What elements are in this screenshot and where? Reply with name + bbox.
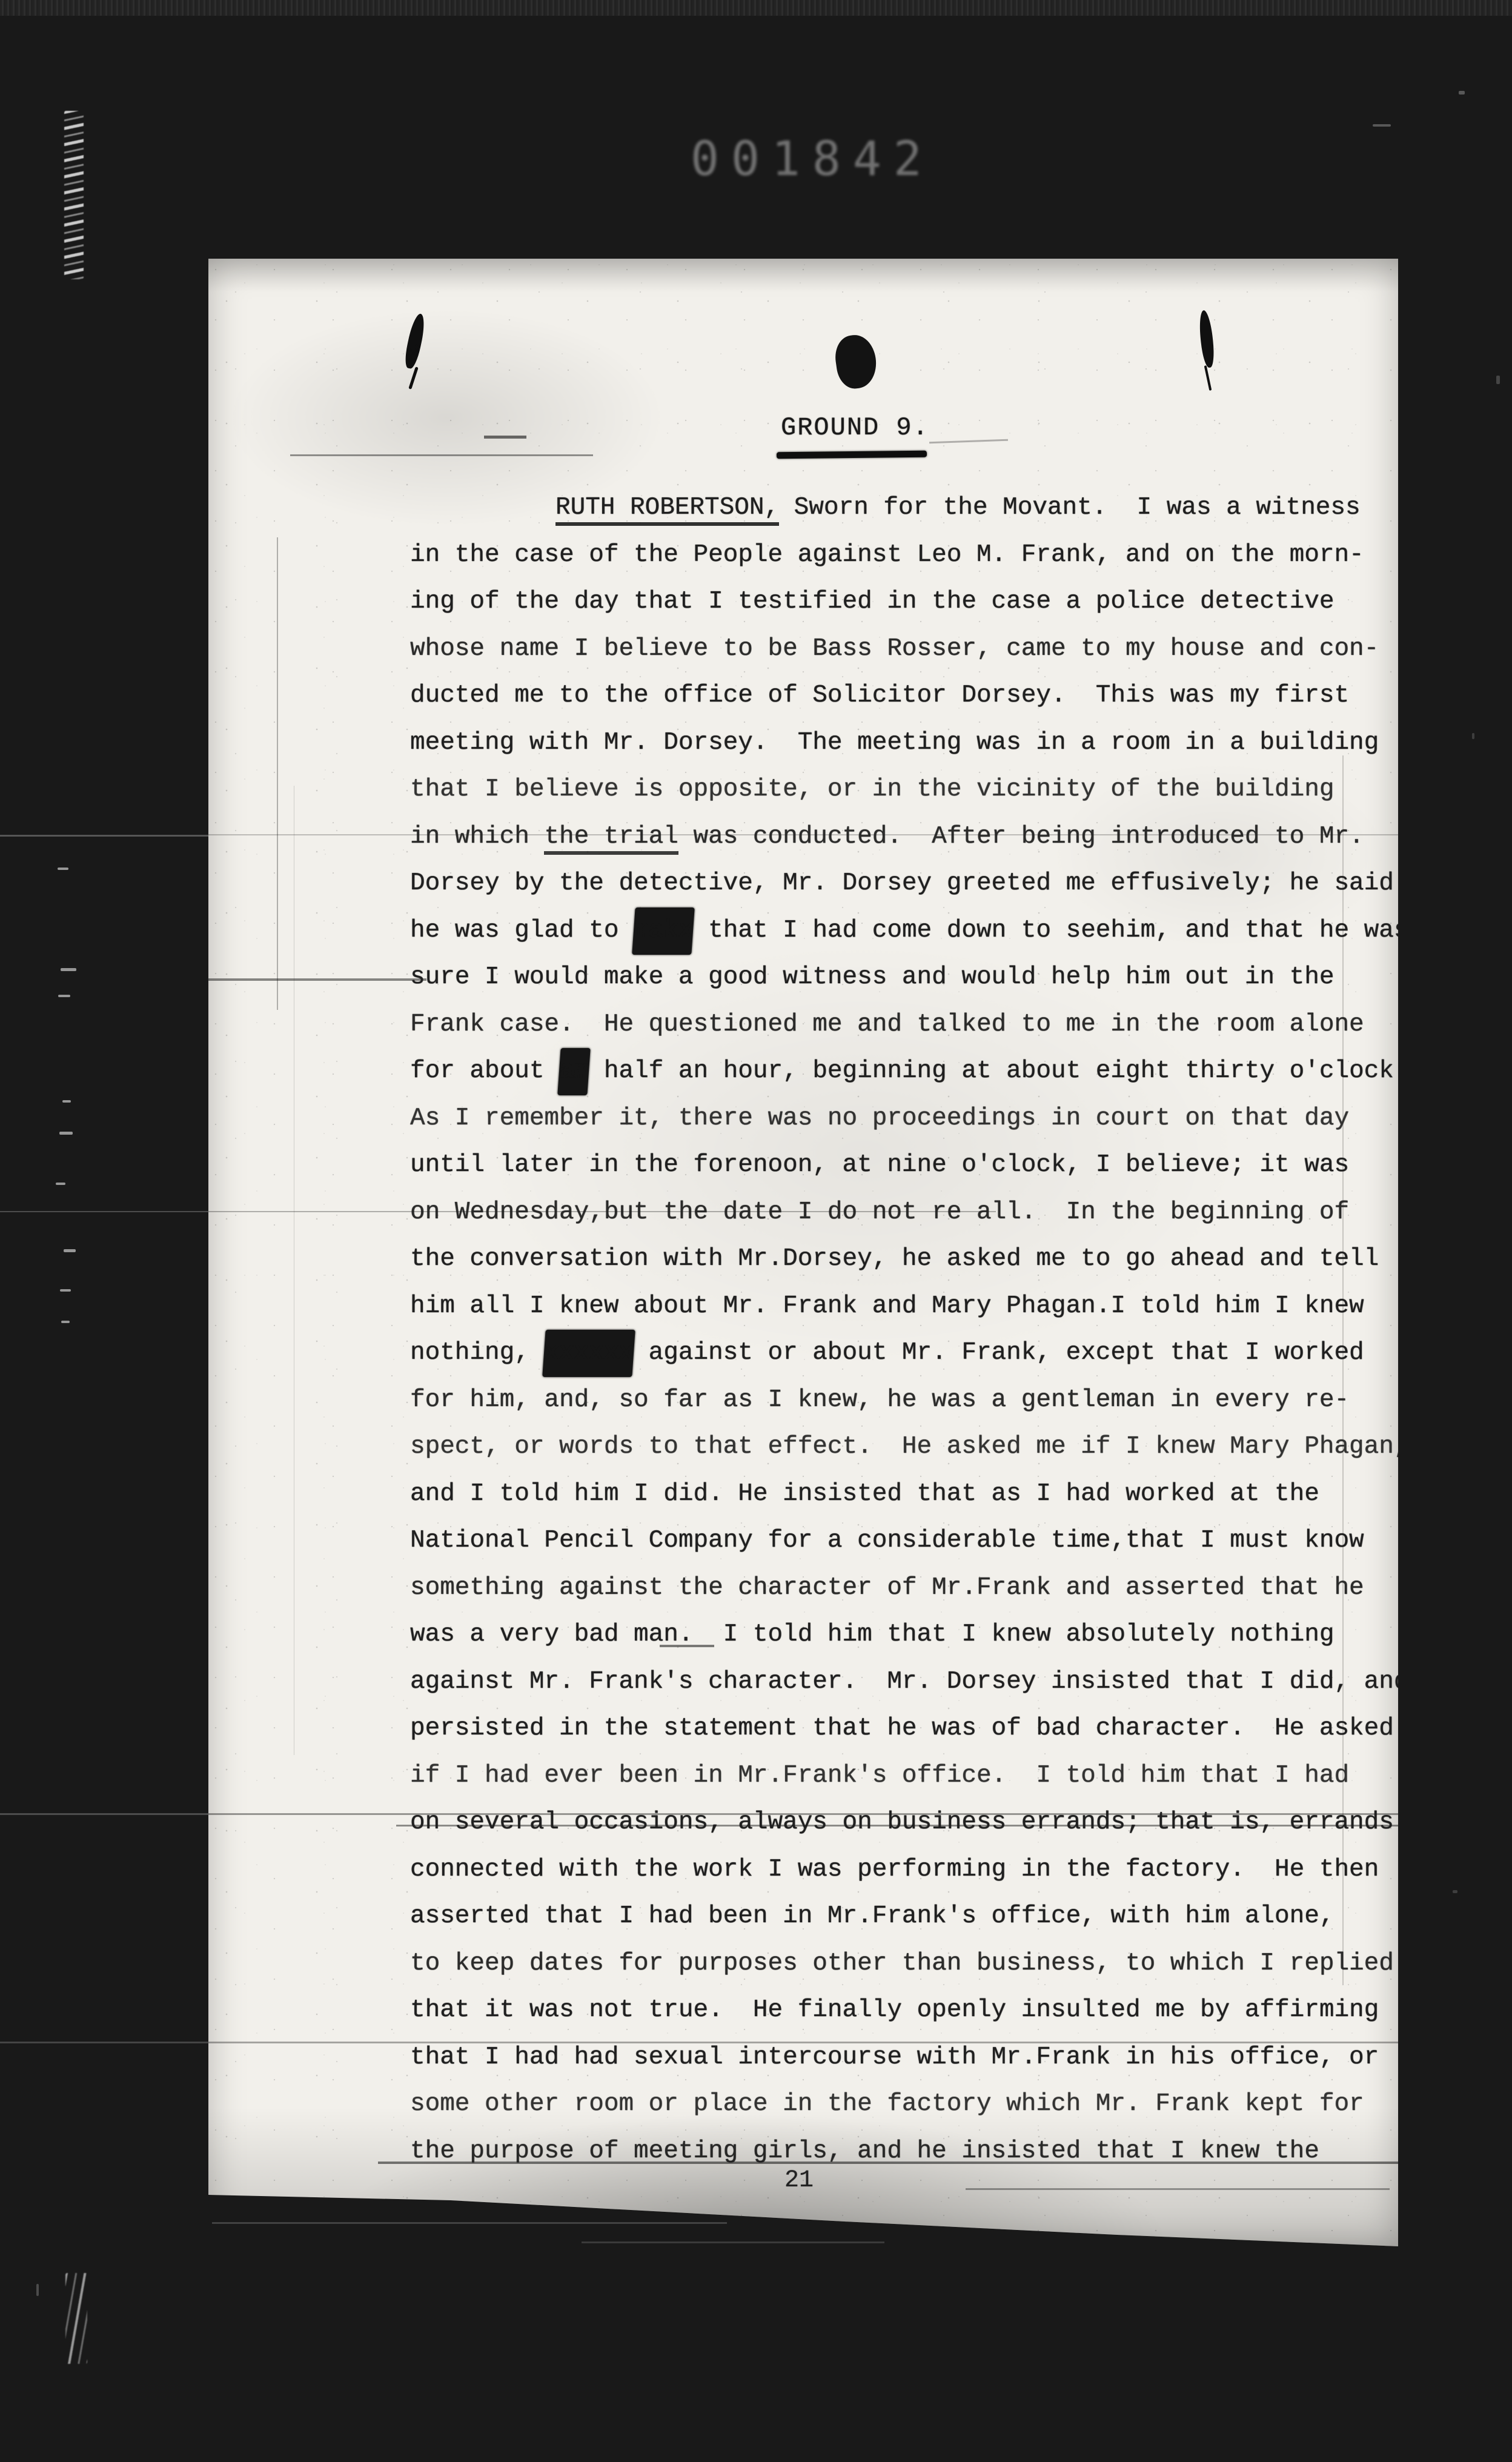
text-line: the conversation with Mr.Dorsey, he aske… [410,1236,1398,1283]
text-segment: nothing, [410,1339,544,1367]
margin-speck [59,1132,73,1135]
text-segment: the trial [544,823,678,855]
text-line: Frank case. He questioned me and talked … [410,1001,1398,1049]
bottom-left-text-remnant [65,2273,87,2364]
scanner-top-strip [0,0,1512,16]
text-segment: Sworn for the Movant. I was a witness [779,494,1361,522]
text-segment: that I believe is opposite, or in the vi… [410,775,1334,803]
text-line: for him, and, so far as I knew, he was a… [410,1377,1398,1424]
scanned-document-screen: { "meta": { "backdrop_color": "#191919",… [0,0,1512,2462]
document-lines: RUTH ROBERTSON, Sworn for the Movant. I … [208,485,1398,2175]
heading-right-streak [929,439,1008,444]
text-line: meeting with Mr. Dorsey. The meeting was… [410,720,1398,767]
text-segment: on several occasions, always on business… [410,1808,1394,1836]
text-segment: for him, and, so far as I knew, he was a… [410,1386,1349,1414]
text-line: he was glad to makx that I had come down… [410,907,1398,955]
text-segment: Dorsey by the detective, Mr. Dorsey gree… [410,869,1394,897]
margin-speck [1459,91,1465,95]
margin-speck [58,868,68,870]
text-segment: the conversation with Mr.Dorsey, he aske… [410,1245,1379,1273]
text-segment: meeting with Mr. Dorsey. The meeting was… [410,729,1379,757]
text-segment: against Mr. Frank's character. Mr. Dorse… [410,1668,1408,1696]
scan-line-artifact [290,454,593,456]
text-segment: whose name I believe to be Bass Rosser, … [410,635,1379,663]
heading-underline [777,451,927,459]
text-segment: in which [410,823,544,851]
text-segment: to keep dates for purposes other than bu… [410,1949,1394,1977]
text-line: against Mr. Frank's character. Mr. Dorse… [410,1659,1398,1706]
text-segment: if I had ever been in Mr.Frank's office.… [410,1762,1349,1790]
margin-speck [1496,376,1500,384]
text-segment: him all I knew about Mr. Frank and Mary … [410,1292,1364,1320]
text-segment: RUTH ROBERTSON, [555,494,779,526]
ink-blot-center [832,333,880,391]
text-segment: on Wednesday,but the date I do not re al… [410,1198,1349,1226]
text-line: was a very bad man. I told him that I kn… [410,1611,1398,1659]
margin-speck [60,1289,71,1292]
margin-speck [36,2284,39,2296]
text-segment: something against the character of Mr.Fr… [410,1574,1364,1602]
text-line: Dorsey by the detective, Mr. Dorsey gree… [410,860,1398,907]
scan-line-artifact [212,2222,727,2224]
text-line: ducted me to the office of Solicitor Dor… [410,672,1398,720]
margin-speck [61,1321,70,1323]
text-line: spect, or words to that effect. He asked… [410,1424,1398,1471]
text-line: if I had ever been in Mr.Frank's office.… [410,1753,1398,1800]
text-line: in which the trial was conducted. After … [410,814,1398,861]
text-line: that it was not true. He finally openly … [410,1987,1398,2034]
text-line: that I had had sexual intercourse with M… [410,2034,1398,2082]
margin-speck [61,968,76,971]
struck-out-word: makx [632,907,695,955]
text-line: sure I would make a good witness and wou… [410,954,1398,1001]
text-line: National Pencil Company for a considerab… [410,1518,1398,1565]
text-segment: that it was not true. He finally openly … [410,1996,1379,2024]
text-line: him all I knew about Mr. Frank and Mary … [410,1283,1398,1330]
text-line: some other room or place in the factory … [410,2081,1398,2128]
text-segment: ducted me to the office of Solicitor Dor… [410,682,1349,709]
text-line: on several occasions, always on business… [410,1799,1398,1846]
scan-line-artifact [0,1211,208,1212]
text-segment: As I remember it, there was no proceedin… [410,1104,1349,1132]
text-segment: against or about Mr. Frank, except that … [634,1339,1364,1367]
text-segment: he was glad to [410,917,634,944]
text-segment: connected with the work I was performing… [410,1856,1379,1883]
scan-line-artifact [227,2205,445,2207]
page-number: 21 [772,2167,826,2194]
text-line: connected with the work I was performing… [410,1846,1398,1894]
text-segment: until later in the forenoon, at nine o'c… [410,1151,1349,1179]
text-segment: in the case of the People against Leo M.… [410,541,1364,569]
text-line: to keep dates for purposes other than bu… [410,1940,1398,1988]
text-line: whose name I believe to be Bass Rosser, … [410,626,1398,673]
text-segment: and I told him I did. He insisted that a… [410,1480,1319,1508]
left-margin-text-remnant [64,111,84,279]
text-line: for about am half an hour, beginning at … [410,1048,1398,1095]
scan-line-artifact [582,2241,884,2243]
text-segment: ing of the day that I testified in the c… [410,588,1334,615]
text-line: As I remember it, there was no proceedin… [410,1095,1398,1143]
text-segment: was conducted. After being introduced to… [678,823,1364,851]
text-line: RUTH ROBERTSON, Sworn for the Movant. I … [410,485,1398,532]
text-line: asserted that I had been in Mr.Frank's o… [410,1893,1398,1940]
ink-mark-left [403,313,428,370]
margin-speck [1472,733,1474,739]
scan-line-artifact [0,1813,208,1815]
struck-out-word: am [557,1048,591,1095]
text-line: persisted in the statement that he was o… [410,1705,1398,1753]
text-line: and I told him I did. He insisted that a… [410,1471,1398,1518]
stamp-number: 001842 [691,132,934,187]
text-segment: half an hour, beginning at about eight t… [589,1057,1408,1085]
text-segment: Frank case. He questioned me and talked … [410,1010,1364,1038]
margin-speck [62,1100,71,1103]
ink-mark-left-tail [408,367,418,390]
margin-speck [64,1249,76,1252]
text-segment: for about [410,1057,559,1085]
margin-speck [1453,1890,1457,1893]
margin-speck [58,995,70,997]
text-segment: spect, or words to that effect. He asked… [410,1433,1408,1461]
text-line: ing of the day that I testified in the c… [410,579,1398,626]
margin-speck [1373,124,1391,127]
text-segment: that I had had sexual intercourse with M… [410,2043,1379,2071]
text-segment: some other room or place in the factory … [410,2090,1364,2118]
scan-line-artifact [966,2188,1390,2190]
scan-line-artifact [0,2042,208,2043]
text-line: the purpose of meeting girls, and he ins… [410,2128,1398,2175]
text-segment: National Pencil Company for a considerab… [410,1527,1364,1555]
text-line: until later in the forenoon, at nine o'c… [410,1142,1398,1189]
text-segment: the purpose of meeting girls, and he ins… [410,2137,1319,2165]
heading-left-dash [484,436,526,439]
text-line: on Wednesday,but the date I do not re al… [410,1189,1398,1236]
text-line: nothing, xxxxxx against or about Mr. Fra… [410,1330,1398,1377]
text-segment: was a very bad man. I told him that I kn… [410,1621,1334,1648]
margin-speck [56,1183,65,1185]
text-line: in the case of the People against Leo M.… [410,532,1398,579]
text-line: that I believe is opposite, or in the vi… [410,766,1398,814]
ink-mark-right-tail [1204,365,1212,391]
text-segment: asserted that I had been in Mr.Frank's o… [410,1902,1334,1930]
text-line: something against the character of Mr.Fr… [410,1565,1398,1612]
text-segment: sure I would make a good witness and wou… [410,963,1334,991]
document-page: GROUND 9. RUTH ROBERTSON, Sworn for the … [208,259,1398,2246]
ink-mark-right [1198,310,1216,368]
struck-out-word: xxxxxx [543,1330,635,1377]
section-heading: GROUND 9. [781,413,929,442]
text-segment: persisted in the statement that he was o… [410,1714,1394,1742]
text-segment: that I had come down to seehim, and that… [693,917,1408,944]
